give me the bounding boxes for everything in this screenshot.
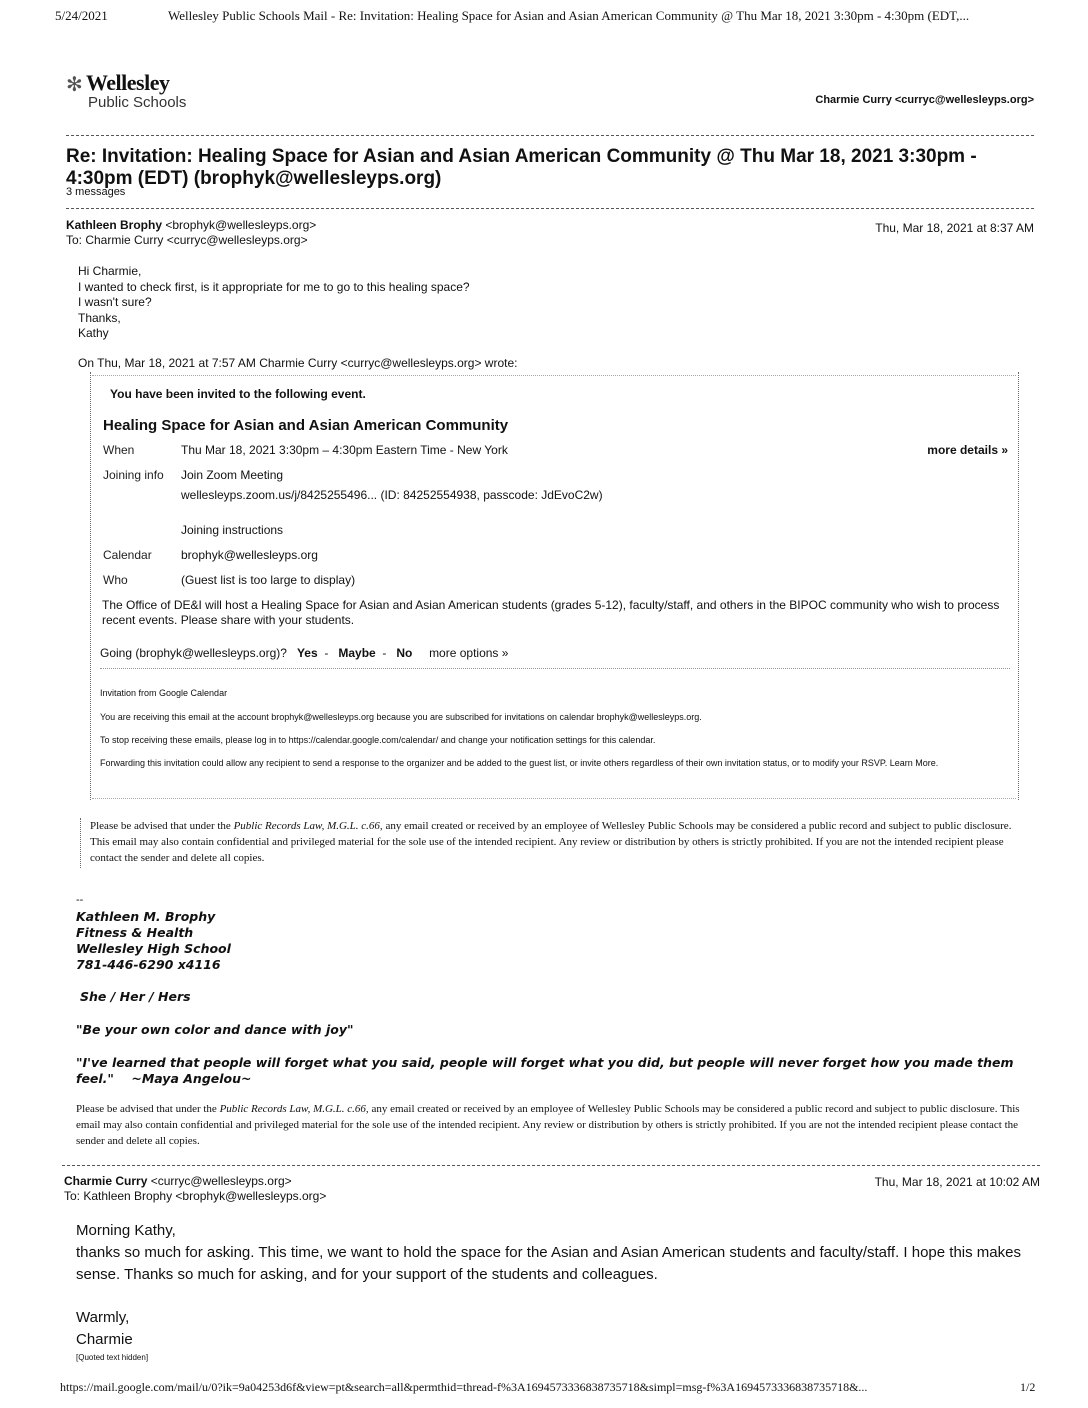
signature-quote2: "I've learned that people will forget wh… [76,1055,1036,1087]
invite-intro: You have been invited to the following e… [110,387,366,401]
legal-law: Public Records Law, M.G.L. c.66, [234,820,383,832]
rsvp-maybe-button[interactable]: Maybe [338,646,375,660]
rsvp-row: Going (brophyk@wellesleyps.org)? Yes - M… [100,646,508,660]
message2-recipient: To: Kathleen Brophy <brophyk@wellesleyps… [64,1189,326,1203]
quote-border-right [1018,372,1019,800]
when-label: When [103,443,134,457]
signature-school: Wellesley High School [76,941,231,957]
invite-footer-forward: Forwarding this invitation could allow a… [100,758,1010,769]
message1-date: Thu, Mar 18, 2021 at 8:37 AM [875,221,1034,235]
legal-text: Please be advised that under the [76,1103,220,1115]
quote-border [80,818,81,868]
message2-date: Thu, Mar 18, 2021 at 10:02 AM [875,1175,1040,1189]
event-description: The Office of DE&I will host a Healing S… [102,598,1002,628]
rsvp-yes-button[interactable]: Yes [297,646,318,660]
logo-emblem-icon: ✻ [66,76,88,110]
sender-email: <brophyk@wellesleyps.org> [165,218,316,232]
logo-title: Wellesley [86,70,169,96]
divider [66,208,1034,209]
sender-name: Kathleen Brophy [66,218,162,232]
calendar-label: Calendar [103,548,152,562]
more-details-link[interactable]: more details » [927,443,1008,457]
quote-header: On Thu, Mar 18, 2021 at 7:57 AM Charmie … [78,356,517,370]
legal-notice: Please be advised that under the Public … [76,1101,1026,1149]
quote-border-left [90,372,91,800]
rsvp-no-button[interactable]: No [396,646,412,660]
body-line: Hi Charmie, [78,264,470,280]
print-date: 5/24/2021 [55,8,108,24]
message1-body: Hi Charmie, I wanted to check first, is … [78,264,470,342]
logo-subtitle: Public Schools [88,94,186,111]
divider [66,135,1034,136]
page-number: 1/2 [1020,1380,1035,1395]
body-line: Thanks, [78,311,470,327]
body-line: I wanted to check first, is it appropria… [78,280,470,296]
signature-pronouns: She / Her / Hers [80,989,191,1005]
message-count: 3 messages [66,186,125,198]
sender-email: <curryc@wellesleyps.org> [151,1174,292,1188]
divider [62,1165,1040,1166]
rsvp-separator: - [324,646,328,660]
print-url: https://mail.google.com/mail/u/0?ik=9a04… [60,1380,867,1395]
message1-sender: Kathleen Brophy <brophyk@wellesleyps.org… [66,218,316,232]
joining-label: Joining info [103,468,164,482]
signature-quote1: "Be your own color and dance with joy" [76,1022,354,1038]
signature-name: Kathleen M. Brophy [76,909,215,925]
sender-name: Charmie Curry [64,1174,147,1188]
message1-recipient: To: Charmie Curry <curryc@wellesleyps.or… [66,233,308,247]
who-value: (Guest list is too large to display) [181,573,355,587]
body-line: Kathy [78,326,470,342]
quoted-text-hidden-toggle[interactable]: [Quoted text hidden] [76,1353,148,1362]
event-title: Healing Space for Asian and Asian Americ… [103,417,508,434]
legal-text: Please be advised that under the [90,820,234,832]
divider [100,668,1010,669]
joining-instructions-link[interactable]: Joining instructions [181,523,283,537]
calendar-value: brophyk@wellesleyps.org [181,548,318,562]
invite-footer-receiving: You are receiving this email at the acco… [100,712,1010,723]
reply-name: Charmie [76,1329,1036,1351]
divider [92,798,1016,799]
print-title: Wellesley Public Schools Mail - Re: Invi… [168,8,969,24]
signature-separator: -- [76,894,83,906]
rsvp-separator: - [382,646,386,660]
legal-law: Public Records Law, M.G.L. c.66, [220,1103,369,1115]
who-label: Who [103,573,128,587]
reply-body: thanks so much for asking. This time, we… [76,1242,1036,1286]
message2-sender: Charmie Curry <curryc@wellesleyps.org> [64,1174,292,1188]
reply-greeting: Morning Kathy, [76,1220,1036,1242]
thread-subject: Re: Invitation: Healing Space for Asian … [66,146,1026,190]
signature-dept: Fitness & Health [76,925,193,941]
invite-footer-stop: To stop receiving these emails, please l… [100,735,1010,746]
legal-notice: Please be advised that under the Public … [90,818,1025,866]
signature-phone: 781-446-6290 x4116 [76,957,221,973]
more-options-link[interactable]: more options » [429,646,508,660]
zoom-url-link[interactable]: wellesleyps.zoom.us/j/8425255496... (ID:… [181,488,603,502]
body-line: I wasn't sure? [78,295,470,311]
rsvp-prompt: Going (brophyk@wellesleyps.org)? [100,646,287,660]
join-zoom-link[interactable]: Join Zoom Meeting [181,468,283,482]
invite-footer-source: Invitation from Google Calendar [100,688,1010,699]
divider [92,375,1016,376]
when-value: Thu Mar 18, 2021 3:30pm – 4:30pm Eastern… [181,443,508,457]
reply-closing: Warmly, [76,1307,1036,1329]
account-label: Charmie Curry <curryc@wellesleyps.org> [815,94,1034,106]
